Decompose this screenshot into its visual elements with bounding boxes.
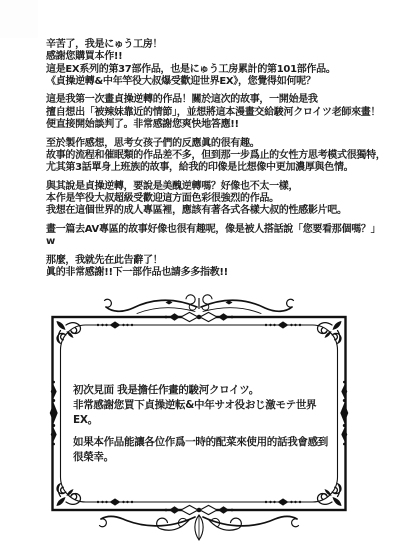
artist-afterword: 初次見面 我是擔任作畫的駿河クロイツ。 非常感謝您買下貞操逆転&中年サオ役おじ激… bbox=[73, 383, 331, 472]
afterword-paragraph: 如果本作品能讓各位作爲一時的配菜來使用的話我會感到 很榮幸。 bbox=[73, 435, 331, 465]
afterword-paragraph: 這是我第一次畫貞操逆轉的作品！關於這次的故事，一開始是我 擅自想出「被辣妹靠近的… bbox=[46, 94, 386, 131]
scan-artifact bbox=[0, 0, 38, 38]
afterword-paragraph: 與其說是貞操逆轉，要說是美醜逆轉嗎？好像也不太一樣， 本作是竿役大叔超級受歡迎這… bbox=[46, 181, 386, 218]
afterword-paragraph: 辛苦了，我是にゅう工房！ 感謝您購買本作!! 這是EX系列的第37部作品，也是に… bbox=[46, 39, 386, 88]
afterword-paragraph: 至於製作感想，思考女孩子們的反應眞的很有趣。 故事的流程和催眠類的作品差不多，但… bbox=[46, 138, 386, 175]
afterword-paragraph: 初次見面 我是擔任作畫的駿河クロイツ。 非常感謝您買下貞操逆転&中年サオ役おじ激… bbox=[73, 383, 331, 428]
afterword-paragraph: 那麼，我就先在此告辭了！ 眞的非常感謝!!下一部作品也請多多指教!! bbox=[46, 255, 386, 280]
manga-afterword-page: 辛苦了，我是にゅう工房！ 感謝您購買本作!! 這是EX系列的第37部作品，也是に… bbox=[0, 0, 400, 559]
afterword-paragraph: 畫一篇去AV專區的故事好像也很有趣呢，像是被人搭話說「您要看那個嗎？」w bbox=[46, 224, 386, 249]
author-afterword: 辛苦了，我是にゅう工房！ 感謝您購買本作!! 這是EX系列的第37部作品，也是に… bbox=[46, 39, 386, 286]
